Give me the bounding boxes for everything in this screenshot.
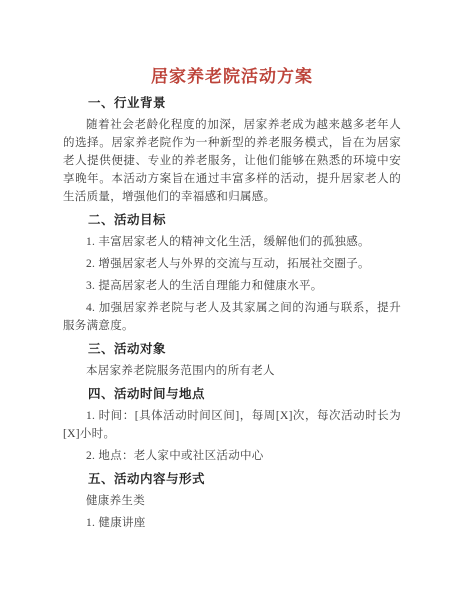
paragraph: 3. 提高居家老人的生活自理能力和健康水平。	[63, 277, 401, 295]
section-heading-time-and-place: 四、活动时间与地点	[63, 385, 401, 403]
paragraph: 2. 增强居家老人与外界的交流与互动，拓展社交圈子。	[63, 255, 401, 273]
section-activity-goals: 二、活动目标 1. 丰富居家老人的精神文化生活，缓解他们的孤独感。 2. 增强居…	[63, 211, 401, 335]
paragraph: 健康养生类	[63, 492, 401, 510]
paragraph: 1. 健康讲座	[63, 514, 401, 532]
paragraph: 1. 时间：[具体活动时间区间]，每周[X]次，每次活动时长为[X]小时。	[63, 407, 401, 443]
section-time-and-place: 四、活动时间与地点 1. 时间：[具体活动时间区间]，每周[X]次，每次活动时长…	[63, 385, 401, 465]
paragraph: 2. 地点：老人家中或社区活动中心	[63, 447, 401, 465]
section-heading-content-and-format: 五、活动内容与形式	[63, 470, 401, 488]
section-heading-industry-background: 一、行业背景	[63, 94, 401, 112]
paragraph: 1. 丰富居家老人的精神文化生活，缓解他们的孤独感。	[63, 233, 401, 251]
section-heading-activity-target: 三、活动对象	[63, 340, 401, 358]
paragraph: 4. 加强居家养老院与老人及其家属之间的沟通与联系，提升服务满意度。	[63, 299, 401, 335]
section-content-and-format: 五、活动内容与形式 健康养生类 1. 健康讲座	[63, 470, 401, 532]
doc-title: 居家养老院活动方案	[63, 66, 401, 88]
paragraph: 随着社会老龄化程度的加深，居家养老成为越来越多老年人的选择。居家养老院作为一种新…	[63, 116, 401, 206]
document-page: 居家养老院活动方案 一、行业背景 随着社会老龄化程度的加深，居家养老成为越来越多…	[0, 0, 463, 600]
section-heading-activity-goals: 二、活动目标	[63, 211, 401, 229]
section-activity-target: 三、活动对象 本居家养老院服务范围内的所有老人	[63, 340, 401, 380]
section-industry-background: 一、行业背景 随着社会老龄化程度的加深，居家养老成为越来越多老年人的选择。居家养…	[63, 94, 401, 206]
paragraph: 本居家养老院服务范围内的所有老人	[63, 362, 401, 380]
